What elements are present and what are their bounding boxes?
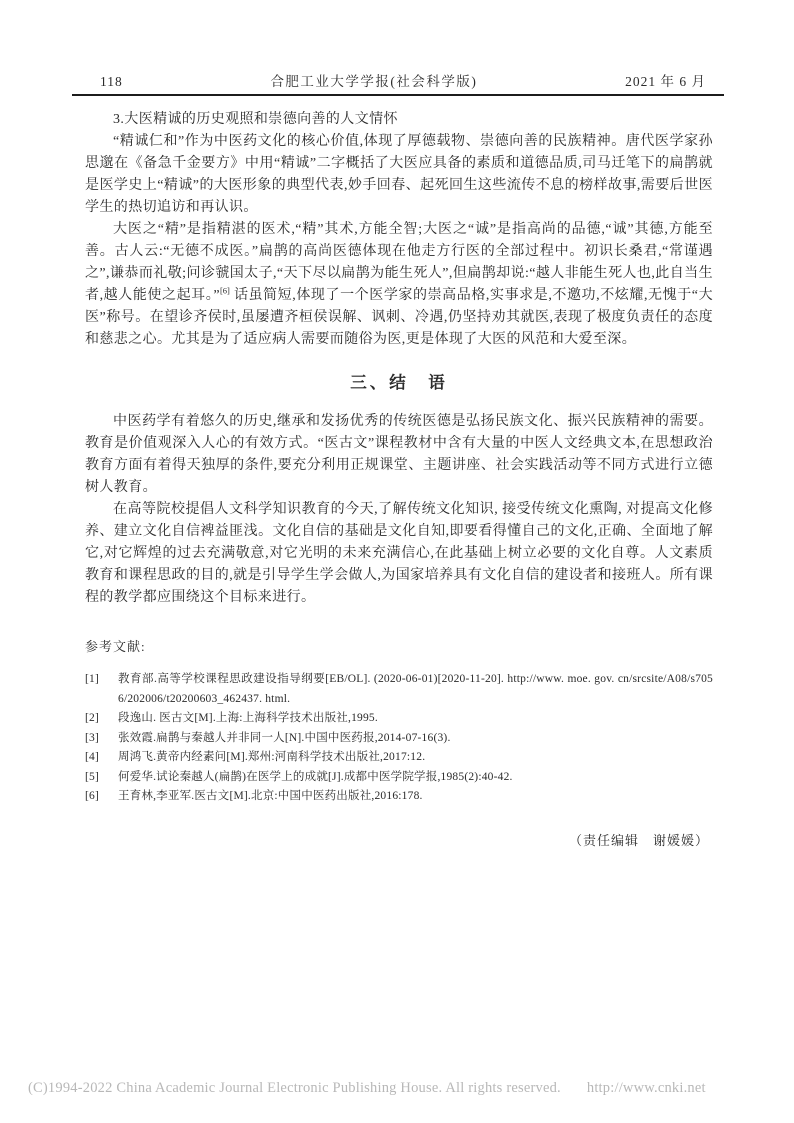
reference-item: [4] 周鸿飞.黄帝内经素问[M].郑州:河南科学技术出版社,2017:12. [85,748,713,768]
reference-number: [6] [85,787,118,807]
cnki-url: http://www.cnki.net [587,1080,706,1096]
reference-text: 王育林,李亚军.医古文[M].北京:中国中医药出版社,2016:178. [118,787,713,807]
reference-number: [4] [85,748,118,768]
article-body: 3.大医精诚的历史观照和崇德向善的人文情怀 “精诚仁和”作为中医药文化的核心价值… [85,109,713,852]
reference-text: 教育部.高等学校课程思政建设指导纲要[EB/OL]. (2020-06-01)[… [118,670,713,709]
paragraph: 在高等院校提倡人文科学知识教育的今天,了解传统文化知识, 接受传统文化熏陶, 对… [85,499,713,609]
journal-title: 合肥工业大学学报(社会科学版) [270,70,477,90]
paragraph: 大医之“精”是指精湛的医术,“精”其术,方能全智;大医之“诚”是指高尚的品德,“… [85,219,713,351]
reference-item: [3] 张效霞.扁鹊与秦越人并非同一人[N].中国中医药报,2014-07-16… [85,729,713,749]
page-header: 118 合肥工业大学学报(社会科学版) 2021 年 6 月 [72,70,724,90]
citation-superscript: [6] [220,285,230,295]
reference-number: [1] [85,670,118,709]
paragraph: “精诚仁和”作为中医药文化的核心价值,体现了厚德载物、崇德向善的民族精神。唐代医… [85,131,713,219]
header-divider [72,94,724,96]
journal-page: 118 合肥工业大学学报(社会科学版) 2021 年 6 月 3.大医精诚的历史… [0,0,794,1123]
section-title: 三、结 语 [85,372,713,394]
cnki-copyright-footer: (C)1994-2022 China Academic Journal Elec… [28,1080,766,1097]
editor-credit: （责任编辑 谢媛媛） [85,830,713,852]
references-label: 参考文献: [85,636,713,658]
reference-text: 张效霞.扁鹊与秦越人并非同一人[N].中国中医药报,2014-07-16(3). [118,729,713,749]
reference-item: [5] 何爱华.试论秦越人(扁鹊)在医学上的成就[J].成都中医学院学报,198… [85,768,713,788]
reference-number: [3] [85,729,118,749]
reference-number: [2] [85,709,118,729]
page-number: 118 [72,74,123,90]
references-list: [1] 教育部.高等学校课程思政建设指导纲要[EB/OL]. (2020-06-… [85,670,713,807]
issue-date: 2021 年 6 月 [625,70,724,90]
subsection-heading: 3.大医精诚的历史观照和崇德向善的人文情怀 [85,109,713,131]
reference-text: 何爱华.试论秦越人(扁鹊)在医学上的成就[J].成都中医学院学报,1985(2)… [118,768,713,788]
reference-text: 周鸿飞.黄帝内经素问[M].郑州:河南科学技术出版社,2017:12. [118,748,713,768]
reference-item: [2] 段逸山. 医古文[M].上海:上海科学技术出版社,1995. [85,709,713,729]
reference-number: [5] [85,768,118,788]
reference-item: [1] 教育部.高等学校课程思政建设指导纲要[EB/OL]. (2020-06-… [85,670,713,709]
copyright-text: (C)1994-2022 China Academic Journal Elec… [28,1080,561,1096]
reference-item: [6] 王育林,李亚军.医古文[M].北京:中国中医药出版社,2016:178. [85,787,713,807]
paragraph: 中医药学有着悠久的历史,继承和发扬优秀的传统医德是弘扬民族文化、振兴民族精神的需… [85,411,713,499]
reference-text: 段逸山. 医古文[M].上海:上海科学技术出版社,1995. [118,709,713,729]
